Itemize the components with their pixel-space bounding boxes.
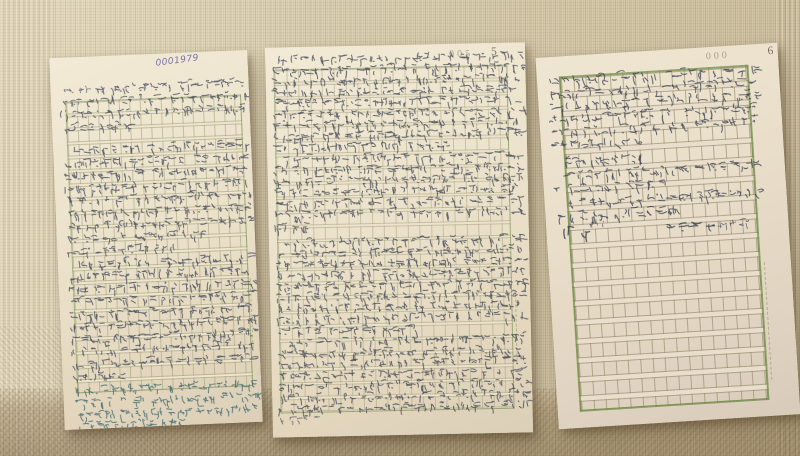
grid-paper: [559, 65, 770, 412]
page-number: 6: [767, 45, 773, 57]
manuscript-page-3: 000 6: [536, 43, 800, 429]
grid-paper: [65, 94, 253, 393]
manuscript-page-1: 0001979: [49, 50, 262, 430]
paper-spec-marks: [515, 295, 517, 361]
page-number: 5: [491, 46, 497, 58]
manuscript-page-2: 005 5: [265, 42, 533, 437]
page-number-stamp: 005: [449, 48, 473, 60]
page-number-stamp: 000: [705, 50, 730, 62]
grid-paper: [273, 65, 514, 414]
photographed-manuscript-scene: 0001979 005 5 000 6: [0, 0, 800, 456]
serial-number-handwritten: 0001979: [155, 53, 200, 69]
